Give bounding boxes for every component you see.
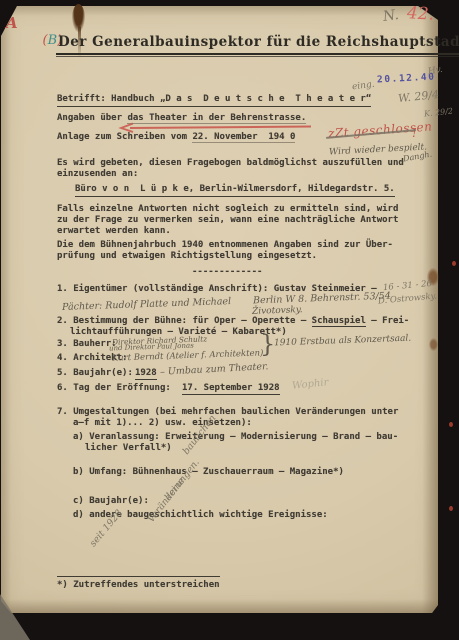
dashed-separator: -------------: [192, 267, 262, 278]
anlage-value: 22. November 194 0: [192, 132, 295, 143]
red-speck: [449, 506, 453, 511]
q2-underlined-choice: Schauspiel: [312, 316, 366, 327]
body-line: prüfung und etwaigen Richtigstellung ein…: [57, 251, 317, 262]
red-speck: [452, 261, 456, 266]
body-line: Es wird gebeten, diesen Fragebogen baldm…: [57, 158, 404, 169]
pencil-n-mark: N.: [382, 7, 400, 25]
question-7-line2: a—f mit 1)... 2) usw. einsetzen):: [73, 418, 252, 429]
buero-address: Büro v o n L ü p k e, Berlin-Wilmersdorf…: [75, 184, 395, 197]
scanned-document: A (B) N. 42. Der Generalbauinspektor für…: [0, 0, 459, 640]
question-3: 3. Bauherr:: [57, 339, 117, 350]
page-number: 42.: [406, 3, 434, 24]
body-line: erwartet werden kann.: [57, 226, 171, 237]
question-7a-line2: licher Verfall*): [85, 443, 172, 454]
question-2-line1: 2. Bestimmung der Bühne: für Oper — Oper…: [57, 316, 409, 327]
q2-prefix: 2. Bestimmung der Bühne: für Oper — Oper…: [57, 316, 312, 326]
question-7a-line1: a) Veranlassung: Erweiterung — Modernisi…: [73, 432, 398, 443]
edge-stain: [429, 338, 438, 351]
anlage-prefix: Anlage zum Schreiben vom: [57, 132, 192, 142]
question-7b: b) Umfang: Bühnenhaus — Zuschauerraum — …: [73, 467, 344, 478]
question-5: 5. Baujahr(e):: [57, 368, 133, 379]
letterhead-title: Der Generalbauinspektor für die Reichsha…: [56, 34, 459, 55]
anlage-line: Anlage zum Schreiben vom 22. November 19…: [57, 132, 295, 143]
red-speck: [449, 422, 453, 427]
question-7-line1: 7. Umgestaltungen (bei mehrfachen baulic…: [57, 407, 398, 418]
q5-year-value: 1928: [135, 368, 157, 380]
corner-sliver: [0, 594, 30, 640]
q6-date-value: 17. September 1928: [182, 383, 280, 395]
body-line: einzusenden an:: [57, 169, 138, 180]
pencil-k-mark: K. 29/2: [424, 107, 454, 119]
body-line: Falls einzelne Antworten nicht sogleich …: [57, 204, 398, 215]
corner-mark-a: A: [6, 14, 18, 32]
question-7c: c) Baujahr(e):: [73, 496, 149, 507]
footnote-rule: [57, 576, 220, 577]
question-6: 6. Tag der Eröffnung:: [57, 383, 171, 394]
body-line: zu der Frage zu vermerken sein, wann ein…: [57, 215, 398, 226]
red-exclamation: !: [412, 126, 417, 140]
pencil-hv-mark: Hv.: [427, 65, 443, 77]
body-line: Die dem Bühnenjahrbuch 1940 entnommenen …: [57, 240, 393, 251]
angaben-prefix: Angaben über: [57, 113, 127, 123]
q2-suffix: — Frei-: [366, 316, 409, 326]
subject-line: Betrifft: Handbuch „D a s D e u t s c h …: [57, 94, 371, 107]
footnote-text: *) Zutreffendes unterstreichen: [57, 580, 220, 591]
